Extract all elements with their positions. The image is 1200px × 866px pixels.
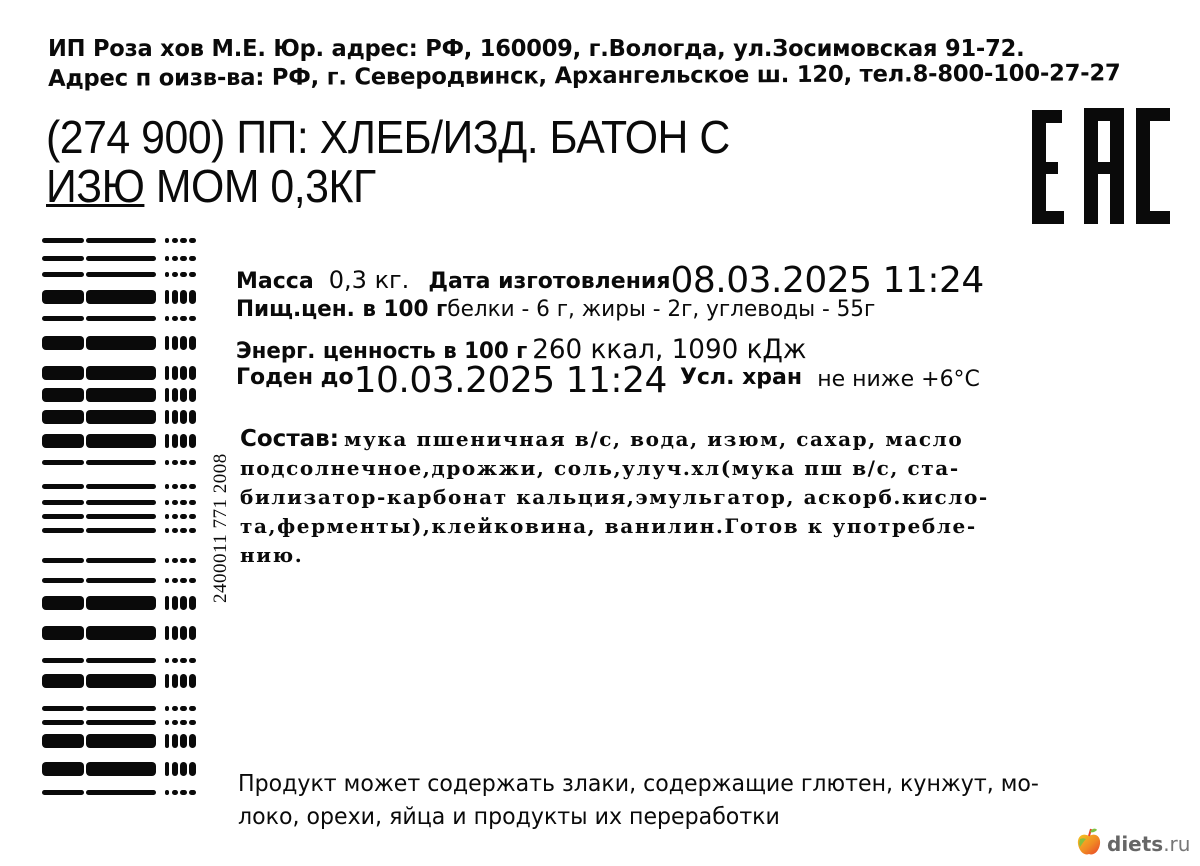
composition-line: мука пшеничная в/с, вода, изюм, сахар, м… <box>344 427 963 451</box>
watermark-text: diets.ru <box>1107 832 1190 856</box>
composition-label: Состав: <box>240 426 339 452</box>
barcode-row <box>40 500 200 505</box>
best-before-row: Годен до10.03.2025 11:24 Усл. хран не ни… <box>236 360 980 401</box>
barcode-row <box>40 460 200 465</box>
watermark-tld: .ru <box>1163 832 1190 856</box>
barcode-row <box>40 290 200 304</box>
barcode-row <box>40 528 200 533</box>
barcode-number: 2400011 771 2008 <box>210 453 232 603</box>
barcode <box>40 238 200 798</box>
storage-label: Усл. хран <box>680 365 802 390</box>
barcode-row <box>40 434 200 448</box>
nutrition-label: Пищ.цен. в 100 г <box>236 297 447 322</box>
allergen-line: Продукт может содержать злаки, содержащи… <box>238 768 1039 801</box>
watermark-link[interactable]: diets.ru <box>1076 827 1190 861</box>
barcode-row <box>40 484 200 489</box>
barcode-row <box>40 316 200 321</box>
mass-label: Масса <box>236 269 314 294</box>
composition-line: подсолнечное,дрожжи, соль,улуч.хл(мука п… <box>240 454 1170 483</box>
barcode-row <box>40 558 200 563</box>
barcode-row <box>40 336 200 350</box>
composition-line: нию. <box>240 541 1170 570</box>
product-title-rest: МОМ 0,3КГ <box>156 160 376 212</box>
barcode-row <box>40 256 200 261</box>
barcode-row <box>40 388 200 402</box>
best-before-label: Годен до <box>236 365 354 390</box>
best-before-value: 10.03.2025 11:24 <box>354 360 667 401</box>
eac-certification-icon <box>1028 104 1178 230</box>
barcode-row <box>40 658 200 663</box>
composition-line: та,ферменты),клейковина, ванилин.Готов к… <box>240 512 1170 541</box>
manufacture-date-label: Дата изготовления <box>428 269 670 294</box>
apple-icon <box>1076 827 1102 861</box>
nutrition-value: белки - 6 г, жиры - 2г, углеводы - 55г <box>447 297 875 322</box>
barcode-row <box>40 790 200 795</box>
manufacture-date-value: 08.03.2025 11:24 <box>670 260 983 301</box>
barcode-row <box>40 762 200 776</box>
product-title-line2: ИЗЮ МОМ 0,3КГ <box>46 162 376 210</box>
barcode-row <box>40 578 200 583</box>
barcode-row <box>40 410 200 424</box>
composition-block: Состав: мука пшеничная в/с, вода, изюм, … <box>240 425 1170 570</box>
barcode-row <box>40 674 200 688</box>
watermark-name: diets <box>1107 832 1163 856</box>
storage-value: не ниже +6°С <box>817 367 980 392</box>
barcode-row <box>40 706 200 711</box>
nutrition-row: Пищ.цен. в 100 гбелки - 6 г, жиры - 2г, … <box>236 297 875 322</box>
barcode-digits: 2400011 771 2008 <box>206 385 236 605</box>
product-title-underlined: ИЗЮ <box>46 160 144 212</box>
composition-line: билизатор-карбонат кальция,эмульгатор, а… <box>240 483 1170 512</box>
barcode-row <box>40 366 200 380</box>
allergen-line: локо, орехи, яйца и продукты их перерабо… <box>238 801 1039 834</box>
barcode-row <box>40 720 200 725</box>
mass-and-date-row: Масса 0,3 кг. Дата изготовления08.03.202… <box>236 256 984 297</box>
barcode-row <box>40 596 200 610</box>
mass-value: 0,3 кг. <box>329 266 410 294</box>
production-address: Адрес п оизв-ва: РФ, г. Северодвинск, Ар… <box>48 60 1121 92</box>
seller-legal-address: ИП Роза хов М.Е. Юр. адрес: РФ, 160009, … <box>48 36 1024 62</box>
barcode-row <box>40 734 200 748</box>
product-title-line1: (274 900) ПП: ХЛЕБ/ИЗД. БАТОН С <box>46 113 730 161</box>
barcode-row <box>40 272 200 277</box>
barcode-row <box>40 514 200 519</box>
allergen-note: Продукт может содержать злаки, содержащи… <box>238 768 1039 834</box>
barcode-row <box>40 238 200 243</box>
barcode-row <box>40 626 200 640</box>
